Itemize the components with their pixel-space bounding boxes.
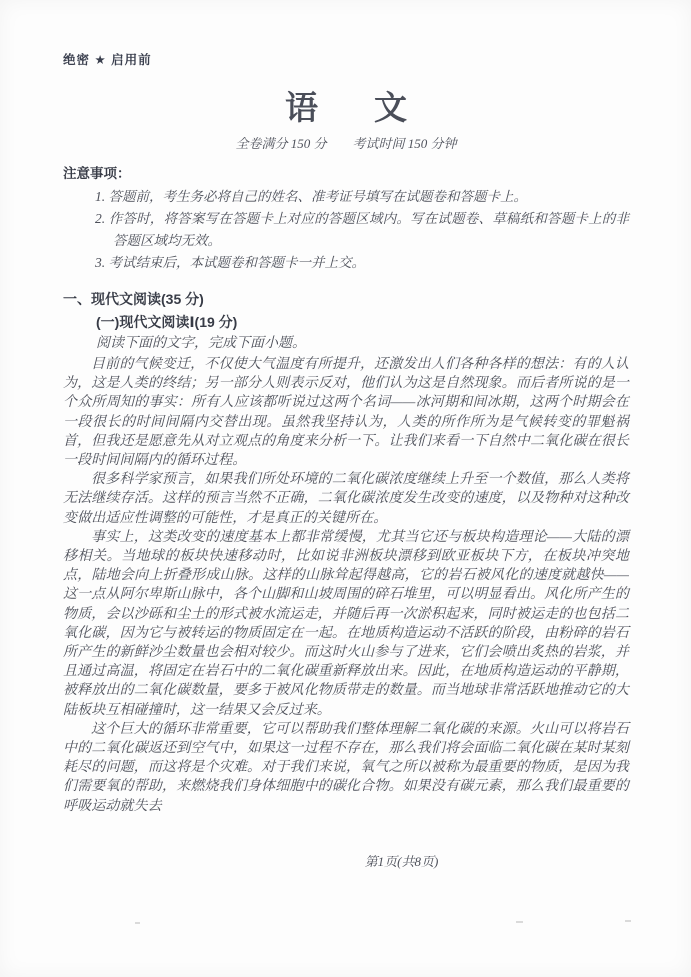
notice-item-3: 3. 考试结束后，本试题卷和答题卡一并上交。 [95,252,629,274]
passage-paragraph-3: 事实上，这类改变的速度基本上都非常缓慢，尤其当它还与板块构造理论——大陆的漂移相… [63,528,629,720]
scan-artifact [516,921,523,923]
passage-paragraph-2: 很多科学家预言，如果我们所处环境的二氧化碳浓度继续上升至一个数值，那么人类将无法… [63,470,629,528]
notice-list: 1. 答题前，考生务必将自己的姓名、准考证号填写在试题卷和答题卡上。 2. 作答… [63,186,629,274]
exam-score-time-line: 全卷满分 150 分 考试时间 150 分钟 [63,135,629,153]
scan-artifact [625,920,631,922]
exam-paper-page: 绝密 ★ 启用前 语文 全卷满分 150 分 考试时间 150 分钟 注意事项：… [0,0,691,977]
reading-instruction: 阅读下面的文字，完成下面小题。 [96,333,629,355]
notice-item-1: 1. 答题前，考生务必将自己的姓名、准考证号填写在试题卷和答题卡上。 [95,186,629,208]
notice-heading: 注意事项： [63,164,629,184]
scan-artifact [135,922,140,924]
page-title: 语文 [63,88,629,130]
page-number-footer: 第1页(共8页) [0,851,691,870]
classification-header: 绝密 ★ 启用前 [63,52,629,68]
notice-item-2: 2. 作答时，将答案写在答题卡上对应的答题区域内。写在试题卷、草稿纸和答题卡上的… [95,208,629,252]
passage-paragraph-4: 这个巨大的循环非常重要，它可以帮助我们整体理解二氧化碳的来源。火山可以将岩石中的… [63,720,629,816]
section-heading-modern-reading: 一、现代文阅读(35 分) [63,289,629,309]
subsection-heading-reading-1: (一)现代文阅读Ⅰ(19 分) [96,311,629,333]
passage-paragraph-1: 目前的气候变迁，不仅使大气温度有所提升，还激发出人们各种各样的想法：有的人认为，… [63,355,629,470]
